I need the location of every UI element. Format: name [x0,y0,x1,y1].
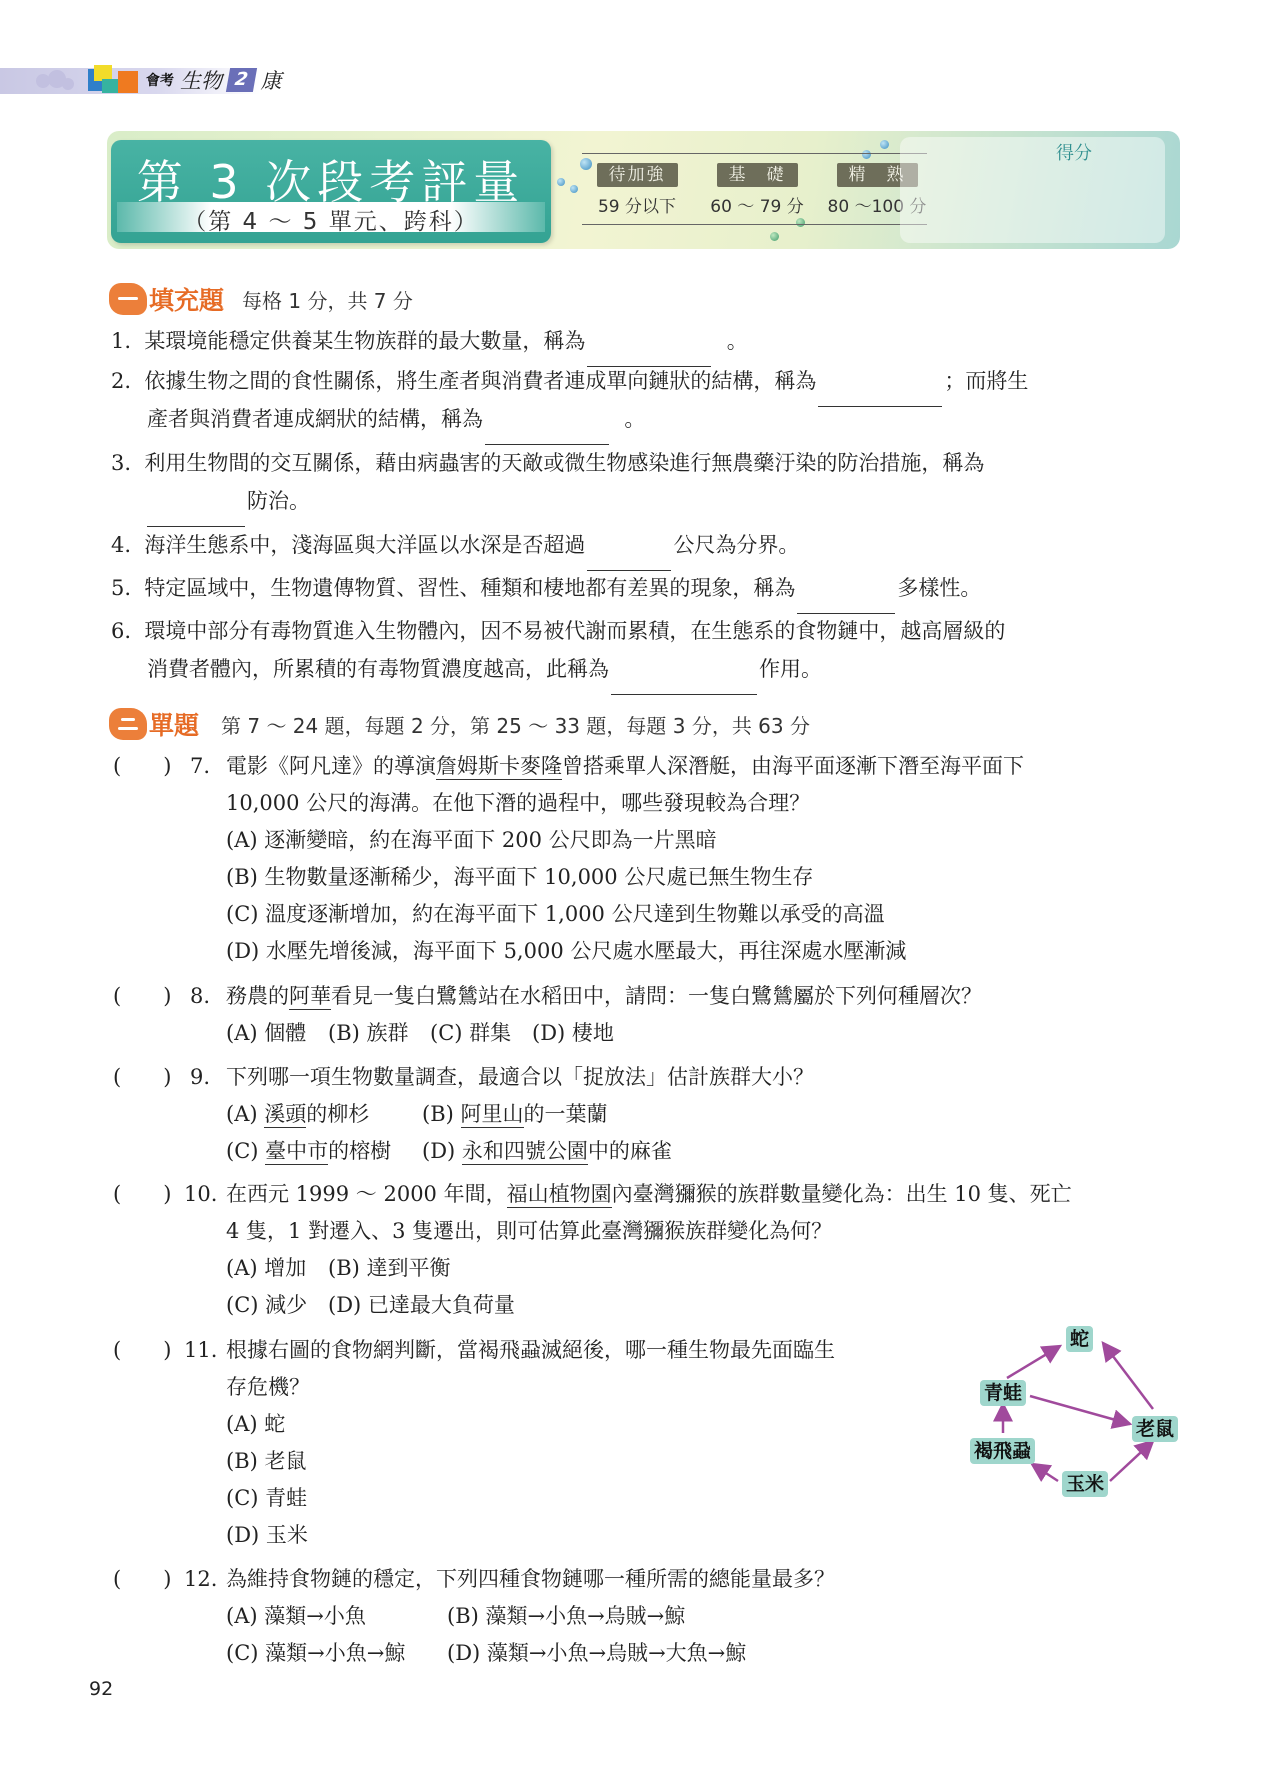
underlined-name: 阿華 [289,984,331,1010]
question-7-text-cont: 10,000 公尺的海溝。在他下潛的過程中，哪些發現較為合理？ [226,789,810,817]
option-text: 的柳杉 [306,1102,369,1126]
option-b[interactable]: (B) 老鼠 [226,1447,307,1475]
question-12-text: 為維持食物鏈的穩定，下列四種食物鏈哪一種所需的總能量最多？ [226,1565,835,1593]
question-text: 作用。 [759,657,822,681]
underlined-place: 臺中市 [265,1139,328,1165]
section-one-badge-icon [109,283,147,315]
grade-range: 60 ～ 79 分 [702,192,812,217]
option-text: 的一葉蘭 [524,1102,608,1126]
question-number: 4. [111,533,131,557]
fill-question-4: 4. 海洋生態系中，淺海區與大洋區以水深是否超過公尺為分界。 [111,531,799,559]
molecule-decoration-icon [880,140,889,149]
question-text: 務農的 [226,984,289,1008]
question-text: 曾搭乘單人深潛艇，由海平面逐漸下潛至海平面下 [562,754,1024,778]
fill-question-6: 6. 環境中部分有毒物質進入生物體內，因不易被代謝而累積，在生態系的食物鏈中，越… [111,617,1005,645]
grade-needs-improvement: 待加強 59 分以下 [582,163,692,217]
question-text: 多樣性。 [897,576,981,600]
fill-question-5: 5. 特定區域中，生物遺傳物質、習性、種類和棲地都有差異的現象，稱為多樣性。 [111,574,981,602]
question-number: 6. [111,619,131,643]
option-d[interactable]: (D) 棲地 [532,1019,614,1047]
fill-question-1: 1. 某環境能穩定供養某生物族群的最大數量，稱為 。 [111,327,748,355]
grade-label: 待加強 [597,163,678,187]
answer-blank[interactable] [797,588,895,614]
option-text: 中的麻雀 [588,1139,672,1163]
fill-question-6-cont: 消費者體內，所累積的有毒物質濃度越高，此稱為作用。 [147,655,822,683]
question-text: 依據生物之間的食性關係，將生產者與消費者連成單向鏈狀的結構，稱為 [144,369,816,393]
molecule-decoration-icon [570,185,578,193]
grade-label: 基 礎 [717,163,798,187]
food-web-node-frog: 青蛙 [980,1380,1026,1406]
food-web-node-snake: 蛇 [1066,1326,1093,1352]
section-fill-in-header: 填充題 每格 1 分，共 7 分 [109,281,413,317]
option-b[interactable]: (B) 藻類→小魚→烏賊→鯨 [447,1602,685,1630]
section-title: 填充題 [149,281,224,317]
question-number: 12. [184,1565,217,1593]
grade-range: 59 分以下 [582,192,692,217]
question-9-text: 下列哪一項生物數量調查，最適合以「捉放法」估計族群大小？ [226,1063,814,1091]
option-d[interactable]: (D) 玉米 [226,1521,308,1549]
option-c[interactable]: (C) 減少 [226,1291,307,1319]
answer-blank[interactable] [611,669,757,695]
option-c[interactable]: (C) 群集 [430,1019,511,1047]
option-a[interactable]: (A) 溪頭的柳杉 [226,1100,369,1128]
exam-subtitle: （第 4 ～ 5 單元、跨科） [111,203,551,236]
section-title: 單題 [149,706,199,742]
volume-badge: 2 [226,68,257,92]
option-b[interactable]: (B) 達到平衡 [328,1254,451,1282]
question-text: 海洋生態系中，淺海區與大洋區以水深是否超過 [144,533,585,557]
page-number: 92 [89,1678,113,1700]
question-number: 2. [111,369,131,393]
option-a[interactable]: (A) 個體 [226,1019,306,1047]
answer-paren[interactable]: ( ) [113,1063,171,1091]
question-text: 防治。 [247,489,310,513]
option-a[interactable]: (A) 蛇 [226,1410,285,1438]
question-text: 在西元 1999 ～ 2000 年間， [226,1182,507,1206]
question-text: 產者與消費者連成網狀的結構，稱為 [147,407,483,431]
question-8-text: 務農的阿華看見一隻白鷺鷥站在水稻田中，請問：一隻白鷺鷥屬於下列何種層次？ [226,982,982,1010]
section-scoring: 每格 1 分，共 7 分 [242,285,413,314]
option-d[interactable]: (D) 已達最大負荷量 [328,1291,515,1319]
food-web-node-planthopper: 褐飛蝨 [970,1438,1035,1464]
option-letter: (A) [226,1102,258,1126]
question-number: 8. [190,982,210,1010]
punctuation: 。 [624,407,645,431]
question-text: 特定區域中，生物遺傳物質、習性、種類和棲地都有差異的現象，稱為 [144,576,795,600]
question-10-text-cont: 4 隻，1 對遷入、3 隻遷出，則可估算此臺灣獼猴族群變化為何？ [226,1217,832,1245]
answer-blank[interactable] [485,419,609,445]
score-box[interactable] [900,137,1165,243]
option-a[interactable]: (A) 增加 [226,1254,306,1282]
option-d[interactable]: (D) 藻類→小魚→烏賊→大魚→鯨 [447,1639,746,1667]
answer-paren[interactable]: ( ) [113,1180,171,1208]
answer-blank[interactable] [818,381,942,407]
question-10-text: 在西元 1999 ～ 2000 年間，福山植物園內臺灣獼猴的族群數量變化為：出生… [226,1180,1072,1208]
underlined-place: 永和四號公園 [462,1139,588,1165]
underlined-place: 溪頭 [264,1102,306,1128]
question-number: 5. [111,576,131,600]
question-number: 9. [190,1063,210,1091]
question-text: 某環境能穩定供養某生物族群的最大數量，稱為 [144,329,585,353]
question-text: 利用生物間的交互關係，藉由病蟲害的天敵或微生物感染進行無農藥汙染的防治措施，稱為 [144,451,984,475]
question-text: 電影《阿凡達》的導演 [226,754,436,778]
fill-question-2-cont: 產者與消費者連成網狀的結構，稱為 。 [147,405,645,433]
option-c[interactable]: (C) 臺中市的榕樹 [226,1137,391,1165]
underlined-name: 詹姆斯卡麥隆 [436,754,562,780]
question-number: 11. [184,1336,217,1364]
section-scoring: 第 7 ～ 24 題，每題 2 分，第 25 ～ 33 題，每題 3 分，共 6… [221,710,810,739]
molecule-decoration-icon [770,232,779,241]
question-number: 7. [190,752,210,780]
food-web-diagram: 蛇 青蛙 老鼠 褐飛蝨 玉米 [960,1316,1200,1506]
brand-logo-icon [88,65,140,95]
question-text: 公尺為分界。 [673,533,799,557]
answer-blank[interactable] [587,545,671,571]
option-b[interactable]: (B) 族群 [328,1019,409,1047]
option-c[interactable]: (C) 溫度逐漸增加，約在海平面下 1,000 公尺達到生物難以承受的高溫 [226,900,885,928]
option-letter: (B) [422,1102,454,1126]
fill-question-2: 2. 依據生物之間的食性關係，將生產者與消費者連成單向鏈狀的結構，稱為；而將生 [111,367,1028,395]
fill-question-3: 3. 利用生物間的交互關係，藉由病蟲害的天敵或微生物感染進行無農藥汙染的防治措施… [111,449,984,477]
option-text: 的榕樹 [328,1139,391,1163]
underlined-place: 福山植物園 [507,1182,612,1208]
answer-blank[interactable] [147,501,245,527]
question-7-text: 電影《阿凡達》的導演詹姆斯卡麥隆曾搭乘單人深潛艇，由海平面逐漸下潛至海平面下 [226,752,1024,780]
molecule-decoration-icon [557,178,565,186]
option-letter: (C) [226,1139,258,1163]
option-a[interactable]: (A) 藻類→小魚 [226,1602,366,1630]
section-two-badge-icon [109,708,147,740]
fill-question-3-cont: 防治。 [147,487,310,515]
section-single-choice-header: 單題 第 7 ～ 24 題，每題 2 分，第 25 ～ 33 題，每題 3 分，… [109,706,810,742]
option-letter: (D) [422,1139,455,1163]
option-b[interactable]: (B) 阿里山的一葉蘭 [422,1100,608,1128]
subject-label: 生物 [180,65,222,95]
question-text: 內臺灣獼猴的族群數量變化為：出生 10 隻、死亡 [612,1182,1072,1206]
option-d[interactable]: (D) 水壓先增後減，海平面下 5,000 公尺處水壓最大，再往深處水壓漸減 [226,937,906,965]
answer-blank[interactable] [587,341,711,367]
option-c[interactable]: (C) 藻類→小魚→鯨 [226,1639,405,1667]
grade-scale: 待加強 59 分以下 基 礎 60 ～ 79 分 精 熟 80 ～100 分 [582,153,927,225]
question-11-text: 根據右圖的食物網判斷，當褐飛蝨滅絕後，哪一種生物最先面臨生 [226,1336,835,1364]
question-number: 10. [184,1180,217,1208]
question-11-text-cont: 存危機？ [226,1373,310,1401]
food-web-node-mouse: 老鼠 [1132,1416,1178,1442]
question-text: ；而將生 [944,369,1028,393]
food-web-node-corn: 玉米 [1062,1471,1108,1497]
question-text: 消費者體內，所累積的有毒物質濃度越高，此稱為 [147,657,609,681]
book-brand: 會考 生物 2 康 [88,62,282,98]
answer-paren[interactable]: ( ) [113,982,171,1010]
option-b[interactable]: (B) 生物數量逐漸稀少，海平面下 10,000 公尺處已無生物生存 [226,863,813,891]
option-d[interactable]: (D) 永和四號公園中的麻雀 [422,1137,672,1165]
grade-basic: 基 礎 60 ～ 79 分 [702,163,812,217]
underlined-place: 阿里山 [461,1102,524,1128]
option-a[interactable]: (A) 逐漸變暗，約在海平面下 200 公尺即為一片黑暗 [226,826,717,854]
answer-paren[interactable]: ( ) [113,752,171,780]
option-c[interactable]: (C) 青蛙 [226,1484,307,1512]
score-label: 得分 [1056,139,1092,165]
question-text: 環境中部分有毒物質進入生物體內，因不易被代謝而累積，在生態系的食物鏈中，越高層級… [144,619,1005,643]
answer-paren[interactable]: ( ) [113,1565,171,1593]
publisher-label: 康 [261,65,282,95]
punctuation: 。 [727,329,748,353]
question-number: 3. [111,451,131,475]
answer-paren[interactable]: ( ) [113,1336,171,1364]
exam-title-box: 第 3 次段考評量 （第 4 ～ 5 單元、跨科） [111,140,551,243]
brand-mark: 會考 [146,70,174,90]
question-text: 看見一隻白鷺鷥站在水稻田中，請問：一隻白鷺鷥屬於下列何種層次？ [331,984,982,1008]
question-number: 1. [111,329,131,353]
